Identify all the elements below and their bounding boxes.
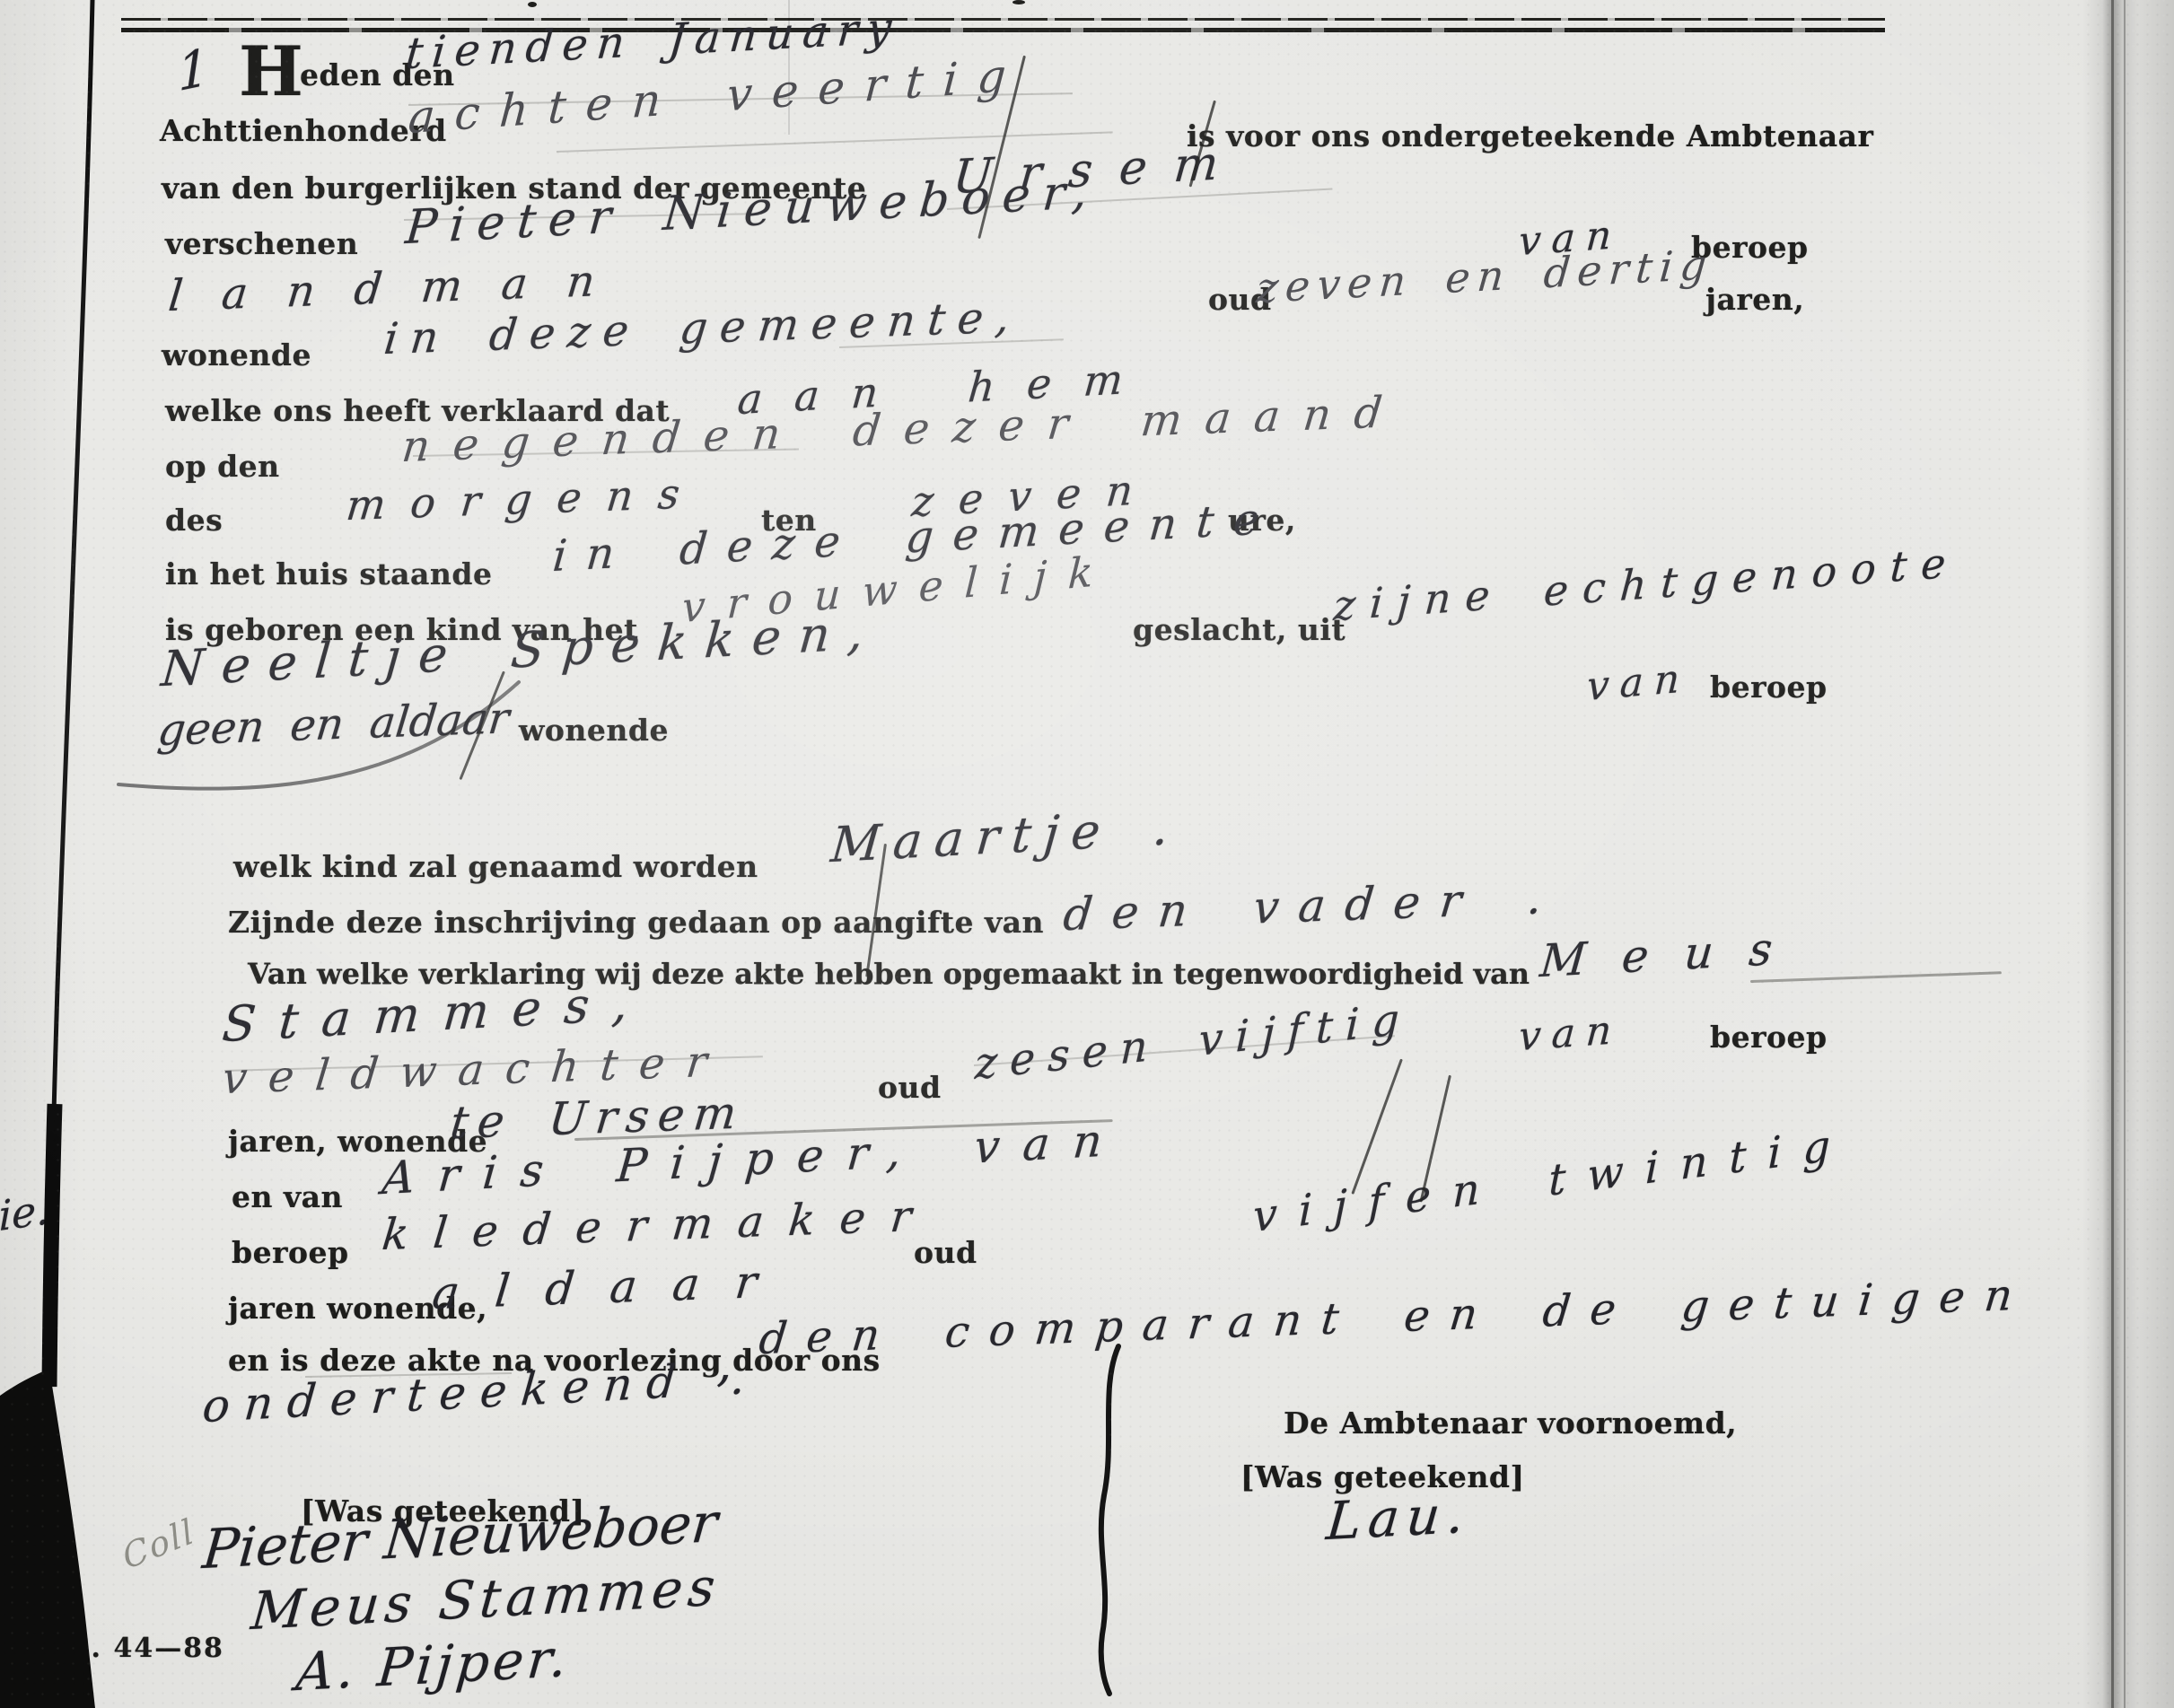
op-den-printed: op den [165,451,280,483]
page-edge-line [2111,0,2114,1708]
van-handwritten-2: van [1586,657,1692,710]
ink-speck [1012,0,1025,4]
page-edge-line [2124,0,2126,1708]
getuige2-leeftijd-handwritten: vijfen twintig [1253,1120,1853,1241]
huis-printed: in het huis staande [165,558,492,591]
document-scan: 1 H eden den Achttienhonderd is voor ons… [0,0,2174,1708]
comparant-leeftijd-handwritten: zeven en dertig [1255,241,1715,311]
beroep-printed-3: beroep [1710,1021,1828,1054]
page-edge-right [2082,0,2174,1708]
getuige2-woonplaats-handwritten: aldaar [430,1257,795,1318]
beroep-printed-4: beroep [232,1237,349,1269]
wonende-printed-1: wonende [162,339,311,372]
kindnaam-printed: welk kind zal genaamd worden [233,851,758,883]
ink-speck [528,2,537,7]
ambtenaar-signature: Lau. [1324,1485,1473,1551]
geslacht-printed: geslacht, uit [1133,614,1346,646]
getuige2-beroep-handwritten: kledermaker [380,1192,939,1259]
heden-initial: H [239,34,303,109]
oud-printed-2: oud [878,1072,942,1104]
en-van-printed: en van [232,1181,343,1213]
echtgenoote-handwritten: zijne echtgenoote [1332,539,1961,629]
wonende-printed-2: wonende [519,714,669,747]
binding-edge [0,0,135,1708]
oud-printed-3: oud [914,1237,977,1269]
getuige1-leeftijd-handwritten: zesen vijftig [974,995,1413,1089]
jaren-printed-1: jaren, [1705,284,1804,316]
verschenen-printed: verschenen [165,228,358,260]
aangever-handwritten: den vader . [1061,873,1565,941]
comparant-getuigen-handwritten: den comparant en de getuigen [757,1271,2034,1363]
ink-flourish-curve [106,671,537,815]
signature-a-pijper: A. Pijper. [294,1630,573,1702]
van-handwritten-3: van [1517,1009,1624,1060]
year-printed: Achttienhonderd [160,115,447,147]
des-printed: des [165,504,223,537]
ambtenaar-voornoemd-printed: De Ambtenaar voornoemd, [1284,1407,1737,1440]
officer-printed: is voor ons ondergeteekende Ambtenaar [1187,120,1873,153]
act-number: 1 [177,39,210,102]
aangifte-printed: Zijnde deze inschrijving gedaan op aangi… [228,907,1044,939]
top-rule [121,28,1885,32]
brace-mark [1091,1343,1131,1697]
getuige1-voornaam-handwritten: Meus [1538,923,1810,986]
top-rule [121,18,1885,21]
dagdeel-handwritten: morgens [344,470,706,529]
beroep-printed-2: beroep [1710,671,1828,704]
